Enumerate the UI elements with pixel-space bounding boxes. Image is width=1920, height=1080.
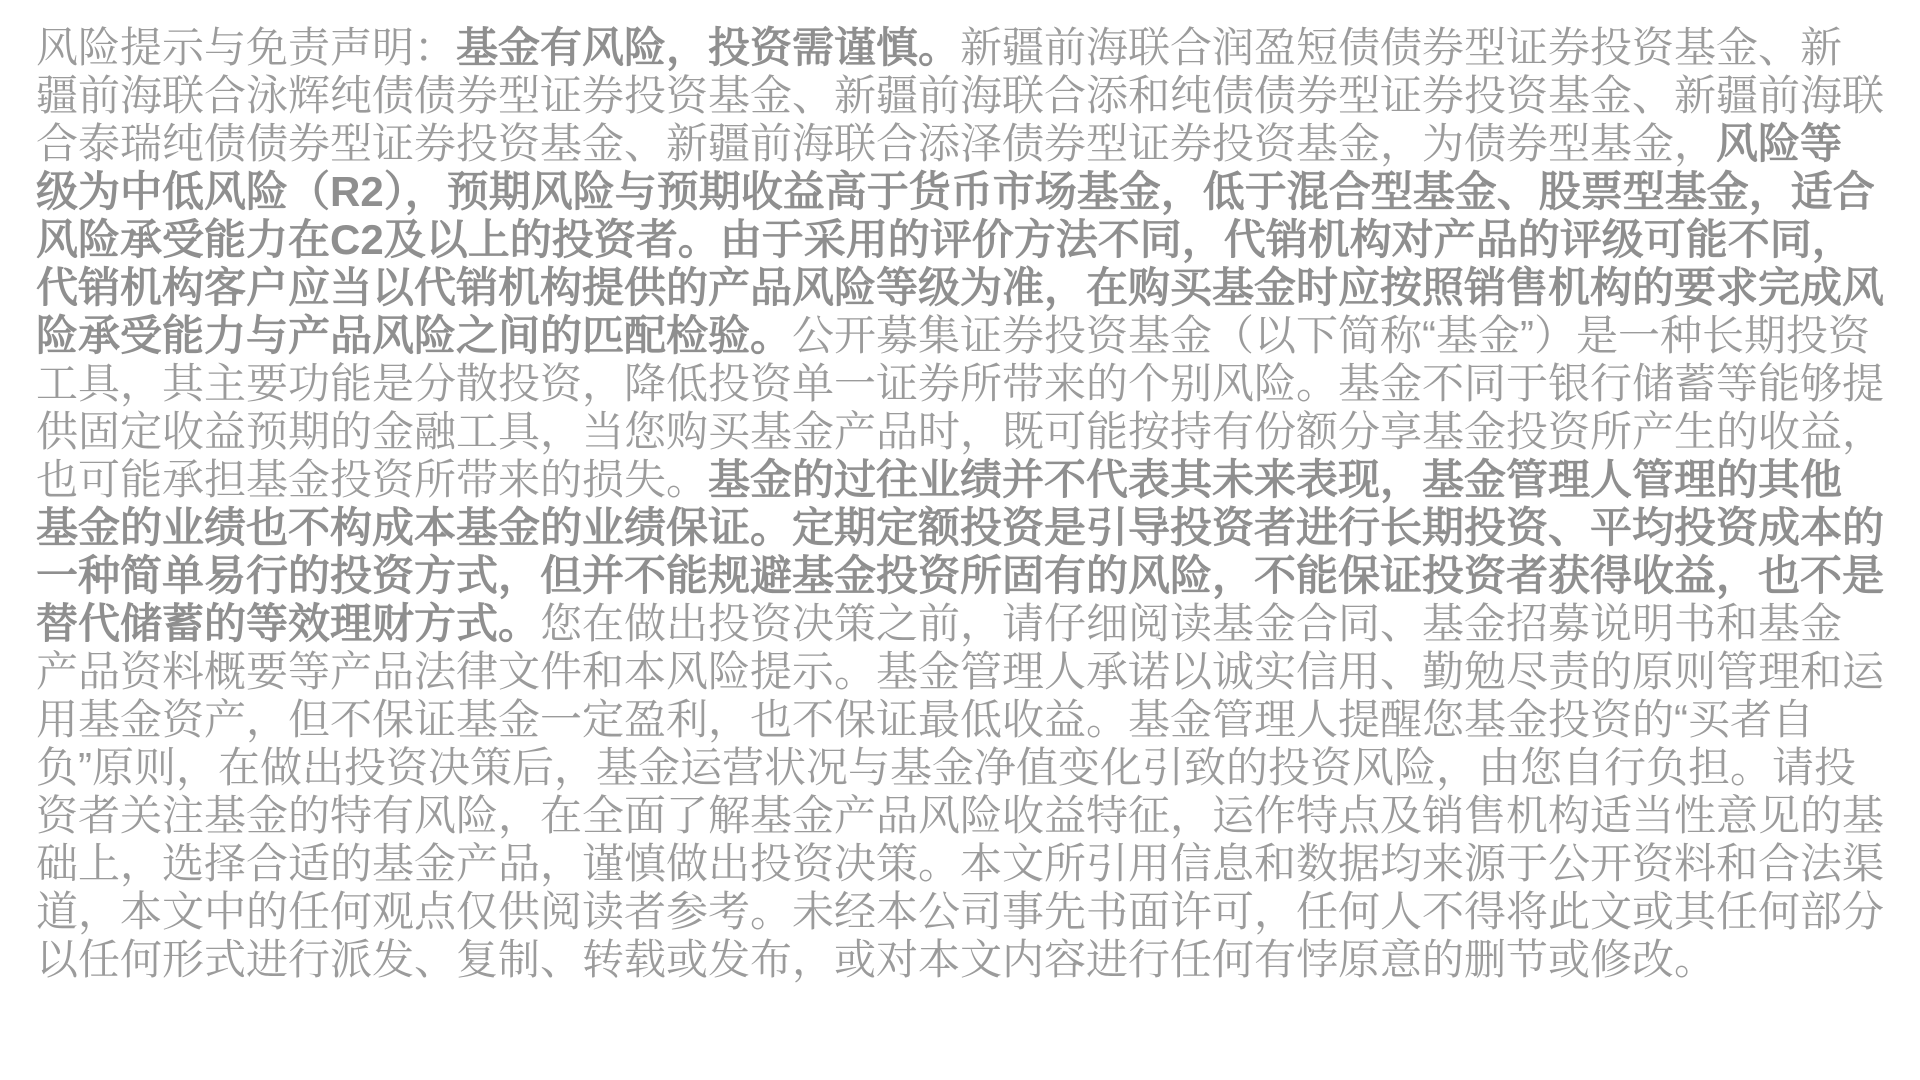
disclaimer-segment-6: 您在做出投资决策之前，请仔细阅读基金合同、基金招募说明书和基金产品资料概要等产品… xyxy=(36,600,1884,983)
disclaimer-segment-0: 风险提示与免责声明： xyxy=(36,24,456,71)
risk-disclaimer-page: 风险提示与免责声明：基金有风险，投资需谨慎。新疆前海联合润盈短债债券型证券投资基… xyxy=(0,0,1920,1080)
risk-disclaimer-text: 风险提示与免责声明：基金有风险，投资需谨慎。新疆前海联合润盈短债债券型证券投资基… xyxy=(36,24,1884,984)
disclaimer-segment-bold-1: 基金有风险，投资需谨慎。 xyxy=(456,24,960,71)
